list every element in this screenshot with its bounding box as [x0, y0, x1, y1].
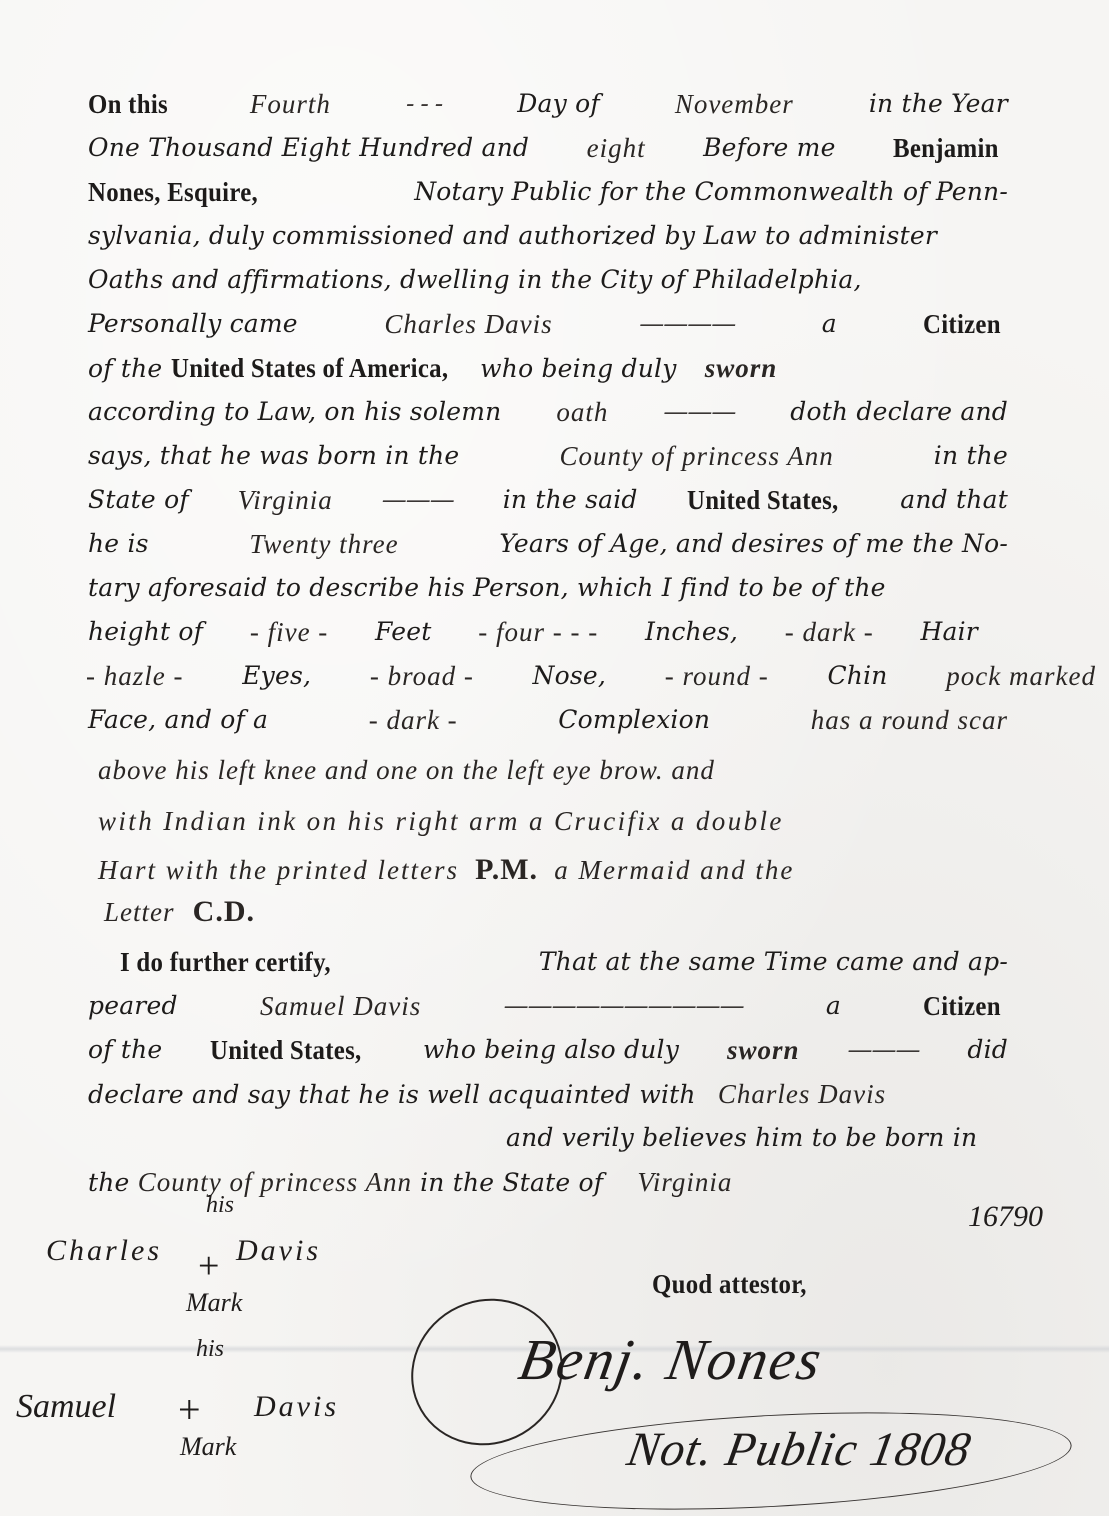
- handwritten-year: eight: [587, 130, 646, 166]
- file-number: 16790: [968, 1200, 1043, 1234]
- printed-text: who being duly: [480, 354, 676, 383]
- p1-line-12: tary aforesaid to describe his Person, w…: [88, 570, 1008, 606]
- handwritten-month: November: [675, 86, 794, 123]
- printed-text: Feet: [375, 614, 431, 650]
- cross-mark-icon: +: [198, 1244, 219, 1288]
- handwritten-letters-pm: P.M.: [475, 853, 538, 886]
- printed-text: sylvania, duly commissioned and authoriz…: [88, 221, 937, 250]
- notary-signature: Benj. Nones: [514, 1326, 828, 1393]
- handwritten-eyes: - hazle -: [86, 658, 183, 694]
- mark-label: Mark: [186, 1288, 242, 1318]
- p1-line-8: according to Law, on his solemn oath ———…: [88, 394, 1008, 430]
- printed-text: peared: [88, 988, 178, 1024]
- handwritten-marks-description: above his left knee and one on the left …: [98, 755, 715, 785]
- blackletter-united-states: United States,: [687, 482, 839, 518]
- printed-text: doth declare and: [790, 394, 1008, 430]
- mark-his-label: his: [206, 1192, 234, 1219]
- printed-text: Complexion: [558, 702, 710, 738]
- handwritten-name-samuel-davis: Samuel Davis: [260, 988, 421, 1024]
- printed-text: he is: [88, 526, 149, 562]
- mark-last-name: Davis: [236, 1234, 321, 1268]
- p1-line-19: Letter C.D.: [104, 894, 1024, 931]
- blackletter-united-states-of-america: United States of America,: [171, 350, 448, 386]
- handwritten-day: Fourth: [250, 86, 331, 123]
- handwritten-sworn: sworn: [705, 353, 778, 383]
- printed-text: Notary Public for the Commonwealth of Pe…: [414, 174, 1008, 210]
- mark-last-name: Davis: [254, 1390, 339, 1424]
- printed-text: says, that he was born in the: [88, 438, 459, 474]
- blackletter-nones-esquire: Nones, Esquire,: [88, 174, 258, 210]
- attestation-label-line: Quod attestor,: [652, 1266, 912, 1303]
- printed-text: Inches,: [645, 614, 738, 650]
- blackletter-benjamin: Benjamin: [893, 130, 999, 166]
- p1-line-7: of the United States of America, who bei…: [88, 350, 948, 387]
- fill-dash: ——————————: [504, 988, 744, 1024]
- p2-line-2: peared Samuel Davis —————————— a Citizen: [88, 988, 1008, 1024]
- printed-text: in the Year: [869, 86, 1008, 123]
- handwritten-tattoo-description: Hart with the printed letters: [98, 855, 459, 885]
- p1-line-16: above his left knee and one on the left …: [98, 752, 1098, 788]
- blackletter-citizen: Citizen: [923, 306, 1001, 342]
- p1-line-17: with Indian ink on his right arm a Cruci…: [98, 802, 1098, 839]
- fill-dash: ———: [847, 1032, 919, 1068]
- fill-dash: ————: [639, 306, 735, 342]
- handwritten-name-charles-davis: Charles Davis: [384, 306, 552, 342]
- printed-text: a: [826, 988, 841, 1024]
- blackletter-citizen: Citizen: [923, 988, 1001, 1024]
- blackletter-i-do-further-certify: I do further certify,: [120, 944, 331, 980]
- p1-line-2: One Thousand Eight Hundred and eight Bef…: [88, 130, 1008, 166]
- printed-text: the: [88, 1168, 130, 1197]
- printed-text: in the: [934, 438, 1008, 474]
- printed-text: Face, and of a: [88, 702, 268, 738]
- printed-text: in the said: [503, 482, 638, 518]
- printed-text: tary aforesaid to describe his Person, w…: [88, 573, 886, 602]
- handwritten-letters-cd: C.D.: [193, 895, 255, 928]
- blackletter-on-this: On this: [88, 86, 168, 122]
- handwritten-scar: has a round scar: [811, 702, 1008, 738]
- p2-line-3: of the United States, who being also dul…: [88, 1032, 1008, 1068]
- handwritten-feet: - five -: [250, 614, 328, 650]
- printed-text: Nose,: [533, 658, 607, 694]
- printed-text: a: [822, 306, 837, 342]
- handwritten-name-charles-davis: Charles Davis: [718, 1079, 886, 1109]
- fill-dash: ———: [382, 482, 454, 518]
- handwritten-inches: - four - - -: [478, 614, 598, 650]
- fill-dash: ———: [663, 394, 735, 430]
- handwritten-state: Virginia: [637, 1167, 732, 1197]
- printed-text: Chin: [827, 658, 887, 694]
- blackletter-united-states: United States,: [210, 1032, 362, 1068]
- printed-text: who being also duly: [423, 1032, 679, 1068]
- printed-text: Oaths and affirmations, dwelling in the …: [88, 265, 862, 294]
- printed-text: Personally came: [88, 306, 298, 342]
- printed-text: and verily believes him to be born in: [506, 1123, 977, 1152]
- printed-text: of the: [88, 1032, 162, 1068]
- p1-line-13: height of - five - Feet - four - - - Inc…: [88, 614, 978, 650]
- p1-line-9: says, that he was born in the County of …: [88, 438, 1008, 474]
- p1-line-15: Face, and of a - dark - Complexion has a…: [88, 702, 1008, 738]
- handwritten-letter: Letter: [104, 897, 175, 927]
- handwritten-tattoo-description: with Indian ink on his right arm a Cruci…: [98, 806, 784, 836]
- printed-text: Day of: [517, 86, 600, 123]
- p1-line-1: On this Fourth - - - Day of November in …: [88, 86, 1008, 123]
- p2-line-4: declare and say that he is well acquaint…: [88, 1076, 1028, 1113]
- mark-label: Mark: [180, 1432, 236, 1462]
- printed-text: of the: [88, 354, 162, 383]
- notary-title-date: Not. Public 1808: [623, 1422, 975, 1477]
- handwritten-oath: oath: [556, 394, 608, 430]
- cross-mark-icon: +: [178, 1386, 201, 1433]
- printed-text: in the State of: [420, 1168, 603, 1197]
- mark-first-name: Samuel: [16, 1388, 116, 1426]
- handwritten-nose: - broad -: [370, 658, 474, 694]
- mark-first-name: Charles: [46, 1234, 162, 1268]
- p1-line-18: Hart with the printed letters P.M. a Mer…: [98, 852, 1098, 889]
- fill-dash: - - -: [406, 86, 442, 123]
- printed-text: State of: [88, 482, 189, 518]
- p1-line-14: - hazle - Eyes, - broad - Nose, - round …: [86, 658, 1096, 694]
- printed-text: That at the same Time came and ap-: [539, 944, 1008, 980]
- p2-line-5: and verily believes him to be born in: [506, 1120, 1006, 1156]
- p1-line-4: sylvania, duly commissioned and authoriz…: [88, 218, 1008, 254]
- handwritten-complexion: - dark -: [369, 702, 458, 738]
- printed-text: Eyes,: [242, 658, 311, 694]
- mark-his-label: his: [196, 1336, 224, 1363]
- p1-line-5: Oaths and affirmations, dwelling in the …: [88, 262, 1008, 298]
- printed-text: Years of Age, and desires of me the No-: [499, 526, 1008, 562]
- printed-text: according to Law, on his solemn: [88, 394, 502, 430]
- p1-line-11: he is Twenty three Years of Age, and des…: [88, 526, 1008, 562]
- printed-text: height of: [88, 614, 203, 650]
- p1-line-10: State of Virginia ——— in the said United…: [88, 482, 1008, 518]
- printed-text: Before me: [703, 130, 835, 166]
- p1-line-3: Nones, Esquire, Notary Public for the Co…: [88, 174, 1008, 210]
- handwritten-sworn: sworn: [727, 1032, 800, 1068]
- handwritten-state: Virginia: [238, 482, 333, 518]
- p2-line-1: I do further certify, That at the same T…: [120, 944, 1008, 980]
- printed-text: declare and say that he is well acquaint…: [88, 1080, 696, 1109]
- printed-text: Hair: [921, 614, 978, 650]
- handwritten-tattoo-description: a Mermaid and the: [554, 855, 794, 885]
- printed-text: did: [967, 1032, 1008, 1068]
- handwritten-chin: - round -: [665, 658, 769, 694]
- blackletter-quod-attestor: Quod attestor,: [652, 1266, 807, 1302]
- p1-line-6: Personally came Charles Davis ———— a Cit…: [88, 306, 1008, 342]
- handwritten-age: Twenty three: [249, 526, 398, 562]
- handwritten-hair: - dark -: [785, 614, 874, 650]
- handwritten-county: County of princess Ann: [559, 438, 833, 474]
- handwritten-pock-marked: pock marked: [946, 658, 1096, 694]
- printed-text: and that: [900, 482, 1008, 518]
- printed-text: One Thousand Eight Hundred and: [88, 130, 529, 166]
- handwritten-county: County of princess Ann: [138, 1167, 412, 1197]
